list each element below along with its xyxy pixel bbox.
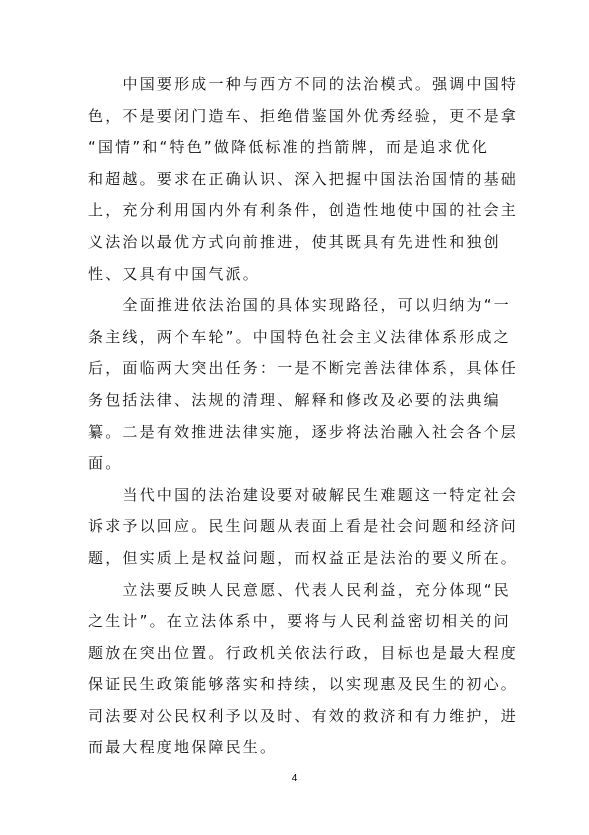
document-page: 中国要形成一种与西方不同的法治模式。强调中国特 色，不是要闭门造车、拒绝借鉴国外… xyxy=(0,0,589,835)
paragraph-2-line-3: 后，面临两大突出任务：一是不断完善法律体系，具体任 xyxy=(88,353,504,385)
paragraph-3-line-1: 当代中国的法治建设要对破解民生难题这一特定社会 xyxy=(88,480,504,512)
paragraph-2-line-1: 全面推进依法治国的具体实现路径，可以归纳为“一 xyxy=(88,290,504,322)
paragraph-3-line-2: 诉求予以回应。民生问题从表面上看是社会问题和经济问 xyxy=(88,511,504,543)
paragraph-1-line-2: 色，不是要闭门造车、拒绝借鉴国外优秀经验，更不是拿 xyxy=(88,101,504,133)
paragraph-2-line-5: 纂。二是有效推进法律实施，逐步将法治融入社会各个层 xyxy=(88,417,504,449)
paragraph-1-line-5: 上，充分利用国内外有利条件，创造性地使中国的社会主 xyxy=(88,195,504,227)
paragraph-3-line-3: 题，但实质上是权益问题，而权益正是法治的要义所在。 xyxy=(88,543,504,575)
paragraph-2-line-6: 面。 xyxy=(88,448,504,480)
paragraph-1-line-7: 性、又具有中国气派。 xyxy=(88,259,504,291)
paragraph-2-line-4: 务包括法律、法规的清理、解释和修改及必要的法典编 xyxy=(88,385,504,417)
paragraph-1-line-4: 和超越。要求在正确认识、深入把握中国法治国情的基础 xyxy=(88,164,504,196)
paragraph-4-line-2: 之生计”。在立法体系中，要将与人民利益密切相关的问 xyxy=(88,606,504,638)
paragraph-1-line-3: “国情”和“特色”做降低标准的挡箭牌，而是追求优化 xyxy=(88,132,504,164)
paragraph-4-line-4: 保证民生政策能够落实和持续，以实现惠及民生的初心。 xyxy=(88,669,504,701)
body-text: 中国要形成一种与西方不同的法治模式。强调中国特 色，不是要闭门造车、拒绝借鉴国外… xyxy=(88,69,504,764)
paragraph-2-line-2: 条主线，两个车轮”。中国特色社会主义法律体系形成之 xyxy=(88,322,504,354)
paragraph-4-line-5: 司法要对公民权利予以及时、有效的救济和有力维护，进 xyxy=(88,701,504,733)
paragraph-4-line-3: 题放在突出位置。行政机关依法行政，目标也是最大程度 xyxy=(88,638,504,670)
paragraph-1-line-6: 义法治以最优方式向前推进，使其既具有先进性和独创 xyxy=(88,227,504,259)
paragraph-4-line-1: 立法要反映人民意愿、代表人民利益，充分体现“民 xyxy=(88,575,504,607)
paragraph-4-line-6: 而最大程度地保障民生。 xyxy=(88,732,504,764)
page-number: 4 xyxy=(0,773,589,784)
paragraph-1-line-1: 中国要形成一种与西方不同的法治模式。强调中国特 xyxy=(88,69,504,101)
